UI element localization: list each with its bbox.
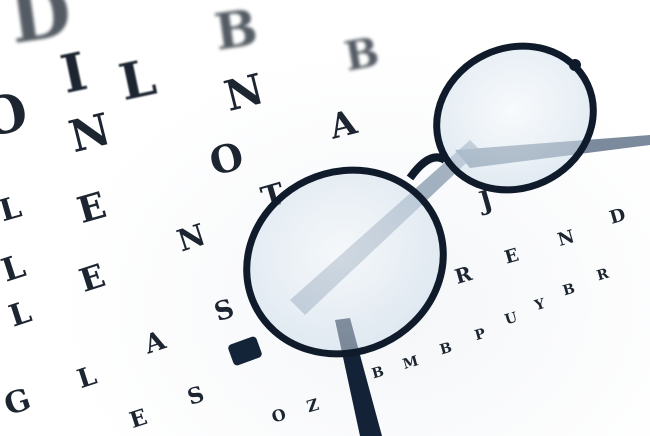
lens-right	[413, 21, 617, 216]
hinge	[227, 336, 263, 367]
eye-chart-photo: D B I L B N O N A O L E T L E N J L A S …	[0, 0, 650, 436]
eyeglasses	[0, 0, 650, 436]
